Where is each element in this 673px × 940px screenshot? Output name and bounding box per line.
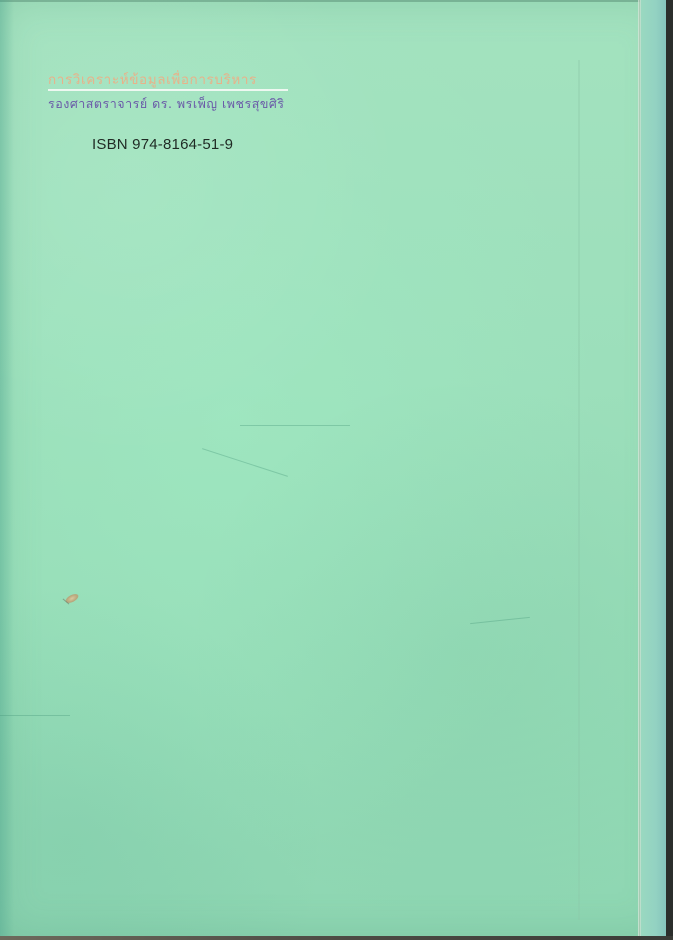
book-title: การวิเคราะห์ข้อมูลเพื่อการบริหาร	[48, 68, 257, 90]
scuff-mark	[202, 448, 288, 477]
scan-bottom-border	[0, 936, 673, 940]
book-back-cover: การวิเคราะห์ข้อมูลเพื่อการบริหาร รองศาสต…	[0, 0, 666, 936]
cover-crease	[578, 60, 580, 920]
scuff-mark	[470, 617, 530, 624]
title-divider	[48, 89, 288, 91]
top-edge	[0, 0, 666, 2]
left-edge-shadow	[0, 0, 14, 936]
book-spine-edge	[640, 0, 666, 936]
book-author: รองศาสตราจารย์ ดร. พรเพ็ญ เพชรสุขศิริ	[48, 94, 285, 114]
scuff-mark	[240, 425, 350, 426]
scuff-mark	[0, 715, 70, 716]
isbn-number: ISBN 974-8164-51-9	[92, 136, 233, 153]
spine-crease	[638, 0, 641, 936]
scan-right-border	[666, 0, 673, 940]
